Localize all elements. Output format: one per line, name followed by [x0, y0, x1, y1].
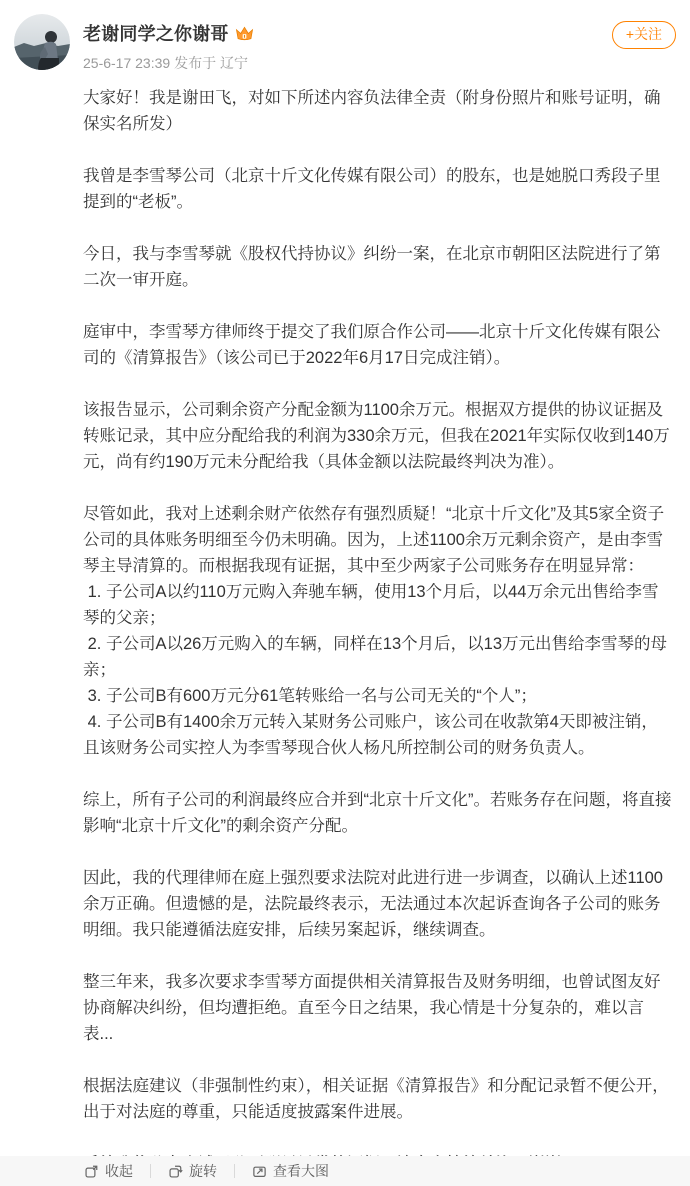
- post-paragraph: 今日，我与李雪琴就《股权代持协议》纠纷一案，在北京市朝阳区法院进行了第二次一审开…: [83, 241, 673, 293]
- weibo-post-page: 老谢同学之你谢哥 25-6-17 23:39 发布于 辽宁 +关注 大家好！我是…: [0, 0, 690, 1186]
- toolbar-divider: [234, 1164, 235, 1178]
- collapse-icon: [84, 1164, 99, 1179]
- toolbar-divider: [150, 1164, 151, 1178]
- author-info: 老谢同学之你谢哥 25-6-17 23:39 发布于 辽宁: [83, 14, 254, 73]
- avatar[interactable]: [14, 14, 70, 70]
- post-paragraph: 该报告显示，公司剩余资产分配金额为1100余万元。根据双方提供的协议证据及转账记…: [83, 397, 673, 475]
- post-paragraph: 庭审中，李雪琴方律师终于提交了我们原合作公司——北京十斤文化传媒有限公司的《清算…: [83, 319, 673, 371]
- view-large-button[interactable]: 查看大图: [252, 1161, 329, 1181]
- author-name-row: 老谢同学之你谢哥: [83, 20, 254, 46]
- view-large-icon: [252, 1164, 267, 1179]
- rotate-label: 旋转: [189, 1161, 217, 1181]
- avatar-image: [14, 14, 70, 70]
- vip-crown-icon: [235, 25, 254, 42]
- post-body: 大家好！我是谢田飞，对如下所述内容负法律全责（附身份照片和账号证明，确保实名所发…: [83, 85, 673, 1177]
- author-name[interactable]: 老谢同学之你谢哥: [83, 20, 229, 46]
- rotate-button[interactable]: 旋转: [168, 1161, 217, 1181]
- collapse-label: 收起: [105, 1161, 133, 1181]
- post-paragraph: 我曾是李雪琴公司（北京十斤文化传媒有限公司）的股东，也是她脱口秀段子里提到的“老…: [83, 163, 673, 215]
- post-paragraph: 根据法庭建议（非强制性约束），相关证据《清算报告》和分配记录暂不便公开，出于对法…: [83, 1073, 673, 1125]
- post-header: 老谢同学之你谢哥 25-6-17 23:39 发布于 辽宁 +关注: [14, 14, 676, 73]
- view-large-label: 查看大图: [273, 1161, 329, 1181]
- post-paragraph: 因此，我的代理律师在庭上强烈要求法院对此进行进一步调查，以确认上述1100余万正…: [83, 865, 673, 943]
- post-paragraph: 尽管如此，我对上述剩余财产依然存有强烈质疑！“北京十斤文化”及其5家全资子公司的…: [83, 501, 673, 761]
- collapse-button[interactable]: 收起: [84, 1161, 133, 1181]
- post-paragraph: 整三年来，我多次要求李雪琴方面提供相关清算报告及财务明细，也曾试图友好协商解决纠…: [83, 969, 673, 1047]
- post-time: 25-6-17 23:39 发布于 辽宁: [83, 53, 254, 73]
- post-paragraph: 综上，所有子公司的利润最终应合并到“北京十斤文化”。若账务存在问题，将直接影响“…: [83, 787, 673, 839]
- post-paragraph: 大家好！我是谢田飞，对如下所述内容负法律全责（附身份照片和账号证明，确保实名所发…: [83, 85, 673, 137]
- follow-button[interactable]: +关注: [612, 21, 676, 49]
- image-toolbar: 收起 旋转 查看大图: [0, 1156, 690, 1186]
- rotate-icon: [168, 1164, 183, 1179]
